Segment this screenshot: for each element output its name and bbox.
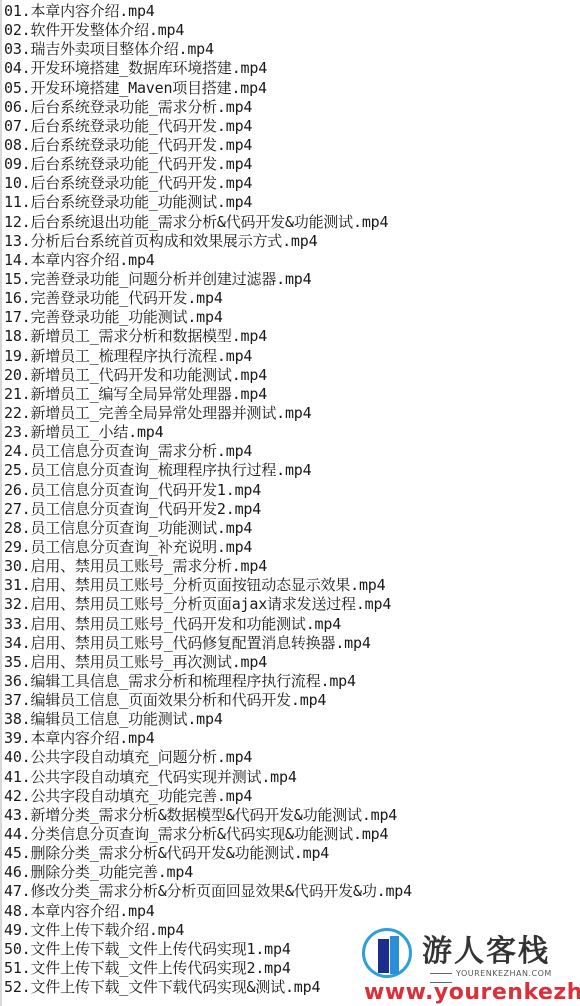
watermark-title: 游人客栈: [422, 926, 550, 970]
file-item[interactable]: 32.启用、禁用员工账号_分析页面ajax请求发送过程.mp4: [4, 595, 412, 614]
watermark: 游人客栈 YOURENKEZHAN.COM www.yourenkezhan.c…: [362, 924, 580, 1006]
file-item[interactable]: 26.员工信息分页查询_代码开发1.mp4: [4, 481, 412, 500]
watermark-logo-icon: [362, 928, 412, 978]
file-item[interactable]: 49.文件上传下载介绍.mp4: [4, 921, 412, 940]
file-item[interactable]: 17.完善登录功能_功能测试.mp4: [4, 308, 412, 327]
file-item[interactable]: 50.文件上传下载_文件上传代码实现1.mp4: [4, 940, 412, 959]
file-item[interactable]: 10.后台系统登录功能_代码开发.mp4: [4, 174, 412, 193]
file-item[interactable]: 27.员工信息分页查询_代码开发2.mp4: [4, 500, 412, 519]
file-item[interactable]: 18.新增员工_需求分析和数据模型.mp4: [4, 327, 412, 346]
file-item[interactable]: 02.软件开发整体介绍.mp4: [4, 21, 412, 40]
file-item[interactable]: 40.公共字段自动填充_问题分析.mp4: [4, 748, 412, 767]
file-item[interactable]: 34.启用、禁用员工账号_代码修复配置消息转换器.mp4: [4, 634, 412, 653]
file-item[interactable]: 23.新增员工_小结.mp4: [4, 423, 412, 442]
file-item[interactable]: 36.编辑工具信息_需求分析和梳理程序执行流程.mp4: [4, 672, 412, 691]
file-item[interactable]: 20.新增员工_代码开发和功能测试.mp4: [4, 366, 412, 385]
file-item[interactable]: 31.启用、禁用员工账号_分析页面按钮动态显示效果.mp4: [4, 576, 412, 595]
file-item[interactable]: 39.本章内容介绍.mp4: [4, 729, 412, 748]
file-item[interactable]: 38.编辑员工信息_功能测试.mp4: [4, 710, 412, 729]
file-item[interactable]: 43.新增分类_需求分析&数据模型&代码开发&功能测试.mp4: [4, 806, 412, 825]
file-item[interactable]: 47.修改分类_需求分析&分析页面回显效果&代码开发&功.mp4: [4, 882, 412, 901]
file-item[interactable]: 30.启用、禁用员工账号_需求分析.mp4: [4, 557, 412, 576]
file-item[interactable]: 48.本章内容介绍.mp4: [4, 902, 412, 921]
file-item[interactable]: 16.完善登录功能_代码开发.mp4: [4, 289, 412, 308]
file-item[interactable]: 25.员工信息分页查询_梳理程序执行过程.mp4: [4, 461, 412, 480]
file-item[interactable]: 45.删除分类_需求分析&代码开发&功能测试.mp4: [4, 844, 412, 863]
file-item[interactable]: 28.员工信息分页查询_功能测试.mp4: [4, 519, 412, 538]
file-item[interactable]: 46.删除分类_功能完善.mp4: [4, 863, 412, 882]
file-item[interactable]: 21.新增员工_编写全局异常处理器.mp4: [4, 385, 412, 404]
file-item[interactable]: 42.公共字段自动填充_功能完善.mp4: [4, 787, 412, 806]
window-left-border: [0, 0, 2, 1006]
file-item[interactable]: 15.完善登录功能_问题分析并创建过滤器.mp4: [4, 270, 412, 289]
file-item[interactable]: 19.新增员工_梳理程序执行流程.mp4: [4, 347, 412, 366]
file-item[interactable]: 52.文件上传下载_文件下载代码实现&测试.mp4: [4, 978, 412, 997]
file-item[interactable]: 13.分析后台系统首页构成和效果展示方式.mp4: [4, 232, 412, 251]
file-item[interactable]: 41.公共字段自动填充_代码实现并测试.mp4: [4, 768, 412, 787]
file-item[interactable]: 08.后台系统登录功能_代码开发.mp4: [4, 136, 412, 155]
file-item[interactable]: 29.员工信息分页查询_补充说明.mp4: [4, 538, 412, 557]
file-item[interactable]: 05.开发环境搭建_Maven项目搭建.mp4: [4, 79, 412, 98]
file-item[interactable]: 33.启用、禁用员工账号_代码开发和功能测试.mp4: [4, 615, 412, 634]
file-item[interactable]: 11.后台系统登录功能_功能测试.mp4: [4, 193, 412, 212]
file-item[interactable]: 51.文件上传下载_文件上传代码实现2.mp4: [4, 959, 412, 978]
file-item[interactable]: 01.本章内容介绍.mp4: [4, 2, 412, 21]
watermark-url: www.yourenkezhan.com: [364, 980, 580, 1005]
file-item[interactable]: 03.瑞吉外卖项目整体介绍.mp4: [4, 40, 412, 59]
file-item[interactable]: 37.编辑员工信息_页面效果分析和代码开发.mp4: [4, 691, 412, 710]
file-item[interactable]: 14.本章内容介绍.mp4: [4, 251, 412, 270]
file-item[interactable]: 35.启用、禁用员工账号_再次测试.mp4: [4, 653, 412, 672]
file-item[interactable]: 09.后台系统登录功能_代码开发.mp4: [4, 155, 412, 174]
file-item[interactable]: 24.员工信息分页查询_需求分析.mp4: [4, 442, 412, 461]
file-item[interactable]: 44.分类信息分页查询_需求分析&代码实现&功能测试.mp4: [4, 825, 412, 844]
file-item[interactable]: 12.后台系统退出功能_需求分析&代码开发&功能测试.mp4: [4, 213, 412, 232]
file-list: 01.本章内容介绍.mp402.软件开发整体介绍.mp403.瑞吉外卖项目整体介…: [4, 2, 412, 997]
file-item[interactable]: 07.后台系统登录功能_代码开发.mp4: [4, 117, 412, 136]
file-item[interactable]: 22.新增员工_完善全局异常处理器并测试.mp4: [4, 404, 412, 423]
file-item[interactable]: 04.开发环境搭建_数据库环境搭建.mp4: [4, 59, 412, 78]
file-item[interactable]: 06.后台系统登录功能_需求分析.mp4: [4, 98, 412, 117]
